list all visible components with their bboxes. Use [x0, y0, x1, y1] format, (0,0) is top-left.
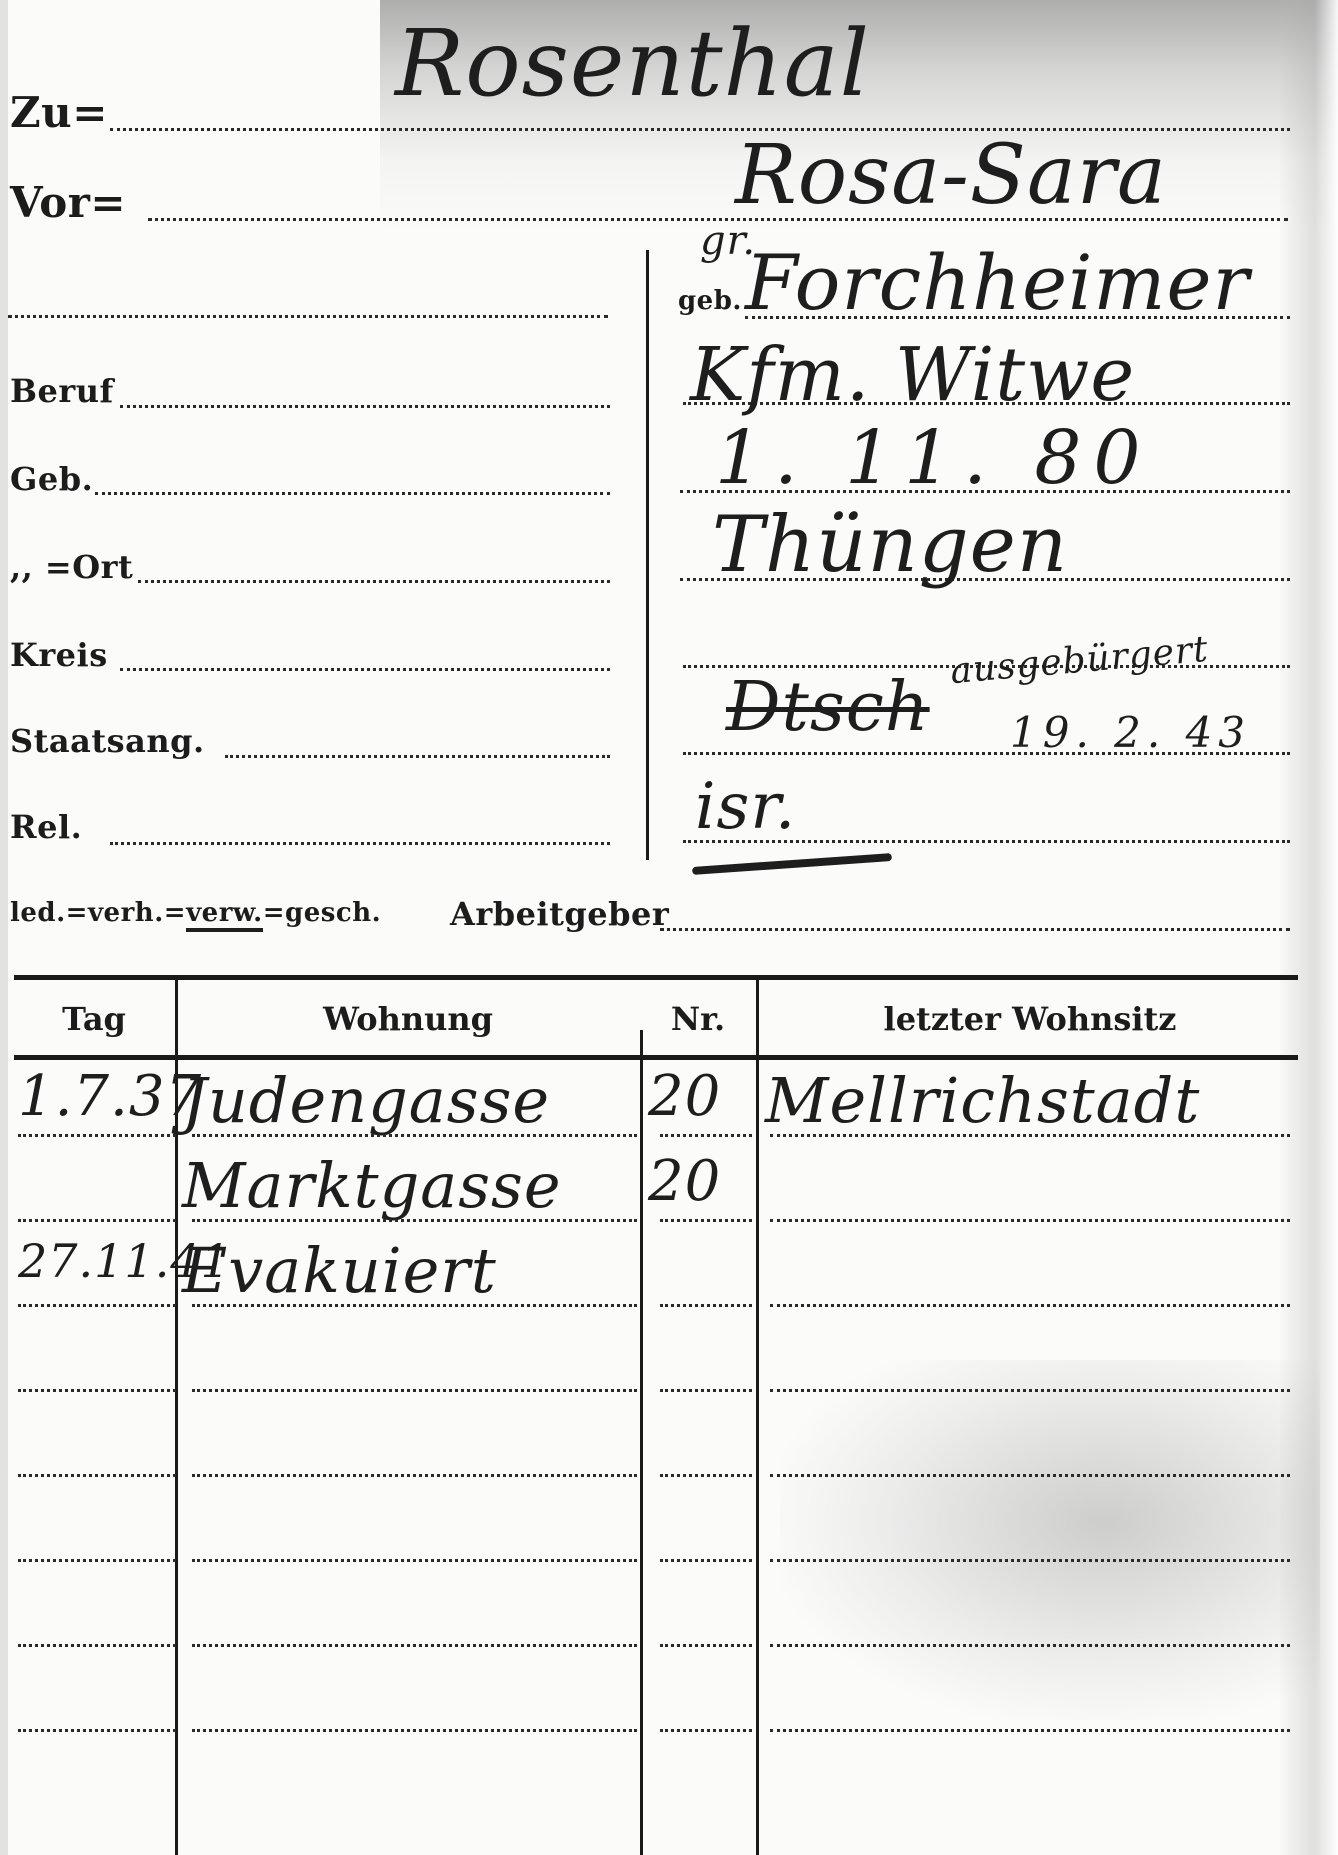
religion-underline — [692, 853, 892, 875]
birthdate-line-left — [95, 492, 610, 495]
column-divider-2 — [640, 1030, 643, 1855]
religion-label: Rel. — [10, 808, 82, 846]
row-line — [770, 1389, 1290, 1392]
occupation-line-left — [120, 405, 610, 408]
row-line — [770, 1474, 1290, 1477]
column-header-letzter-wohnsitz: letzter Wohnsitz — [760, 1000, 1300, 1038]
row-line — [192, 1559, 637, 1562]
row-line — [660, 1389, 752, 1392]
firstname-value: Rosa-Sara — [735, 128, 1167, 223]
religion-line-left — [110, 842, 610, 845]
marital-option-single[interactable]: led. — [10, 898, 66, 928]
row-line — [18, 1219, 176, 1222]
citizenship-note-date: 19. 2. 43 — [1010, 708, 1251, 757]
citizenship-note: ausgebürgert — [949, 629, 1211, 692]
birthdate-label: Geb. — [10, 460, 93, 498]
marital-option-married[interactable]: verh. — [88, 898, 164, 928]
row-line — [770, 1559, 1290, 1562]
cell-nr: 20 — [648, 1149, 721, 1214]
row-line — [660, 1559, 752, 1562]
row-line — [192, 1134, 637, 1137]
cell-tag: 1.7.37 — [18, 1064, 202, 1129]
column-header-tag: Tag — [14, 1000, 174, 1038]
cell-letzter-wohnsitz: Mellrichstadt — [765, 1064, 1200, 1137]
surname-value: Rosenthal — [395, 10, 870, 117]
row-line — [192, 1389, 637, 1392]
birthname-line[interactable] — [745, 316, 1290, 319]
row-line — [770, 1644, 1290, 1647]
row-line — [18, 1474, 176, 1477]
row-line — [770, 1304, 1290, 1307]
row-line — [660, 1304, 752, 1307]
row-line — [18, 1389, 176, 1392]
row-line — [660, 1644, 752, 1647]
row-line — [770, 1134, 1290, 1137]
religion-value: isr. — [695, 770, 796, 844]
row-line — [192, 1219, 637, 1222]
citizenship-struck-value: Dtsch — [726, 668, 930, 747]
birthname-prefix: geb. — [678, 286, 742, 316]
marital-option-divorced[interactable]: gesch. — [285, 898, 381, 928]
occupation-label: Beruf — [10, 372, 114, 410]
district-label: Kreis — [10, 636, 108, 674]
scan-smudge — [780, 1360, 1320, 1720]
birthplace-line-left — [138, 580, 610, 583]
cell-wohnung: Marktgasse — [182, 1149, 562, 1222]
section-divider — [646, 250, 649, 860]
citizenship-label: Staatsang. — [10, 722, 205, 760]
marital-status-options[interactable]: led.=verh.=verw.=gesch. — [10, 898, 381, 928]
district-line-left — [120, 668, 610, 671]
blank-line — [8, 315, 608, 318]
row-line — [770, 1729, 1290, 1732]
table-header-rule — [14, 1055, 1298, 1060]
row-line — [660, 1729, 752, 1732]
row-line — [18, 1559, 176, 1562]
cell-wohnung: Judengasse — [182, 1064, 550, 1137]
row-line — [192, 1474, 637, 1477]
birthplace-label: ,, =Ort — [10, 548, 133, 586]
birthname-value: Forchheimer — [745, 238, 1250, 327]
scan-edge-left — [0, 0, 8, 1855]
row-line — [18, 1644, 176, 1647]
row-line — [18, 1304, 176, 1307]
cell-nr: 20 — [648, 1064, 721, 1129]
column-divider-3 — [756, 980, 759, 1855]
employer-line[interactable] — [660, 928, 1290, 931]
birthplace-value: Thüngen — [712, 500, 1068, 590]
column-header-wohnung: Wohnung — [178, 1000, 638, 1038]
firstname-label: Vor= — [10, 178, 126, 227]
row-line — [660, 1219, 752, 1222]
occupation-value: Kfm. Witwe — [690, 332, 1135, 418]
row-line — [18, 1729, 176, 1732]
table-top-rule — [14, 975, 1298, 980]
row-line — [192, 1304, 637, 1307]
row-line — [18, 1134, 176, 1137]
employer-label: Arbeitgeber — [450, 895, 669, 933]
registration-card: Zu= Rosenthal Vor= Rosa-Sara geb. gr. Fo… — [0, 0, 1338, 1855]
row-line — [770, 1219, 1290, 1222]
marital-option-widowed[interactable]: verw. — [186, 898, 263, 932]
column-header-nr: Nr. — [642, 1000, 754, 1038]
citizenship-line-left — [225, 755, 610, 758]
surname-label: Zu= — [10, 88, 108, 137]
birthdate-value: 1. 11. 80 — [715, 415, 1153, 501]
row-line — [192, 1729, 637, 1732]
cell-wohnung: Evakuiert — [182, 1234, 497, 1307]
row-line — [660, 1134, 752, 1137]
row-line — [192, 1644, 637, 1647]
row-line — [660, 1474, 752, 1477]
